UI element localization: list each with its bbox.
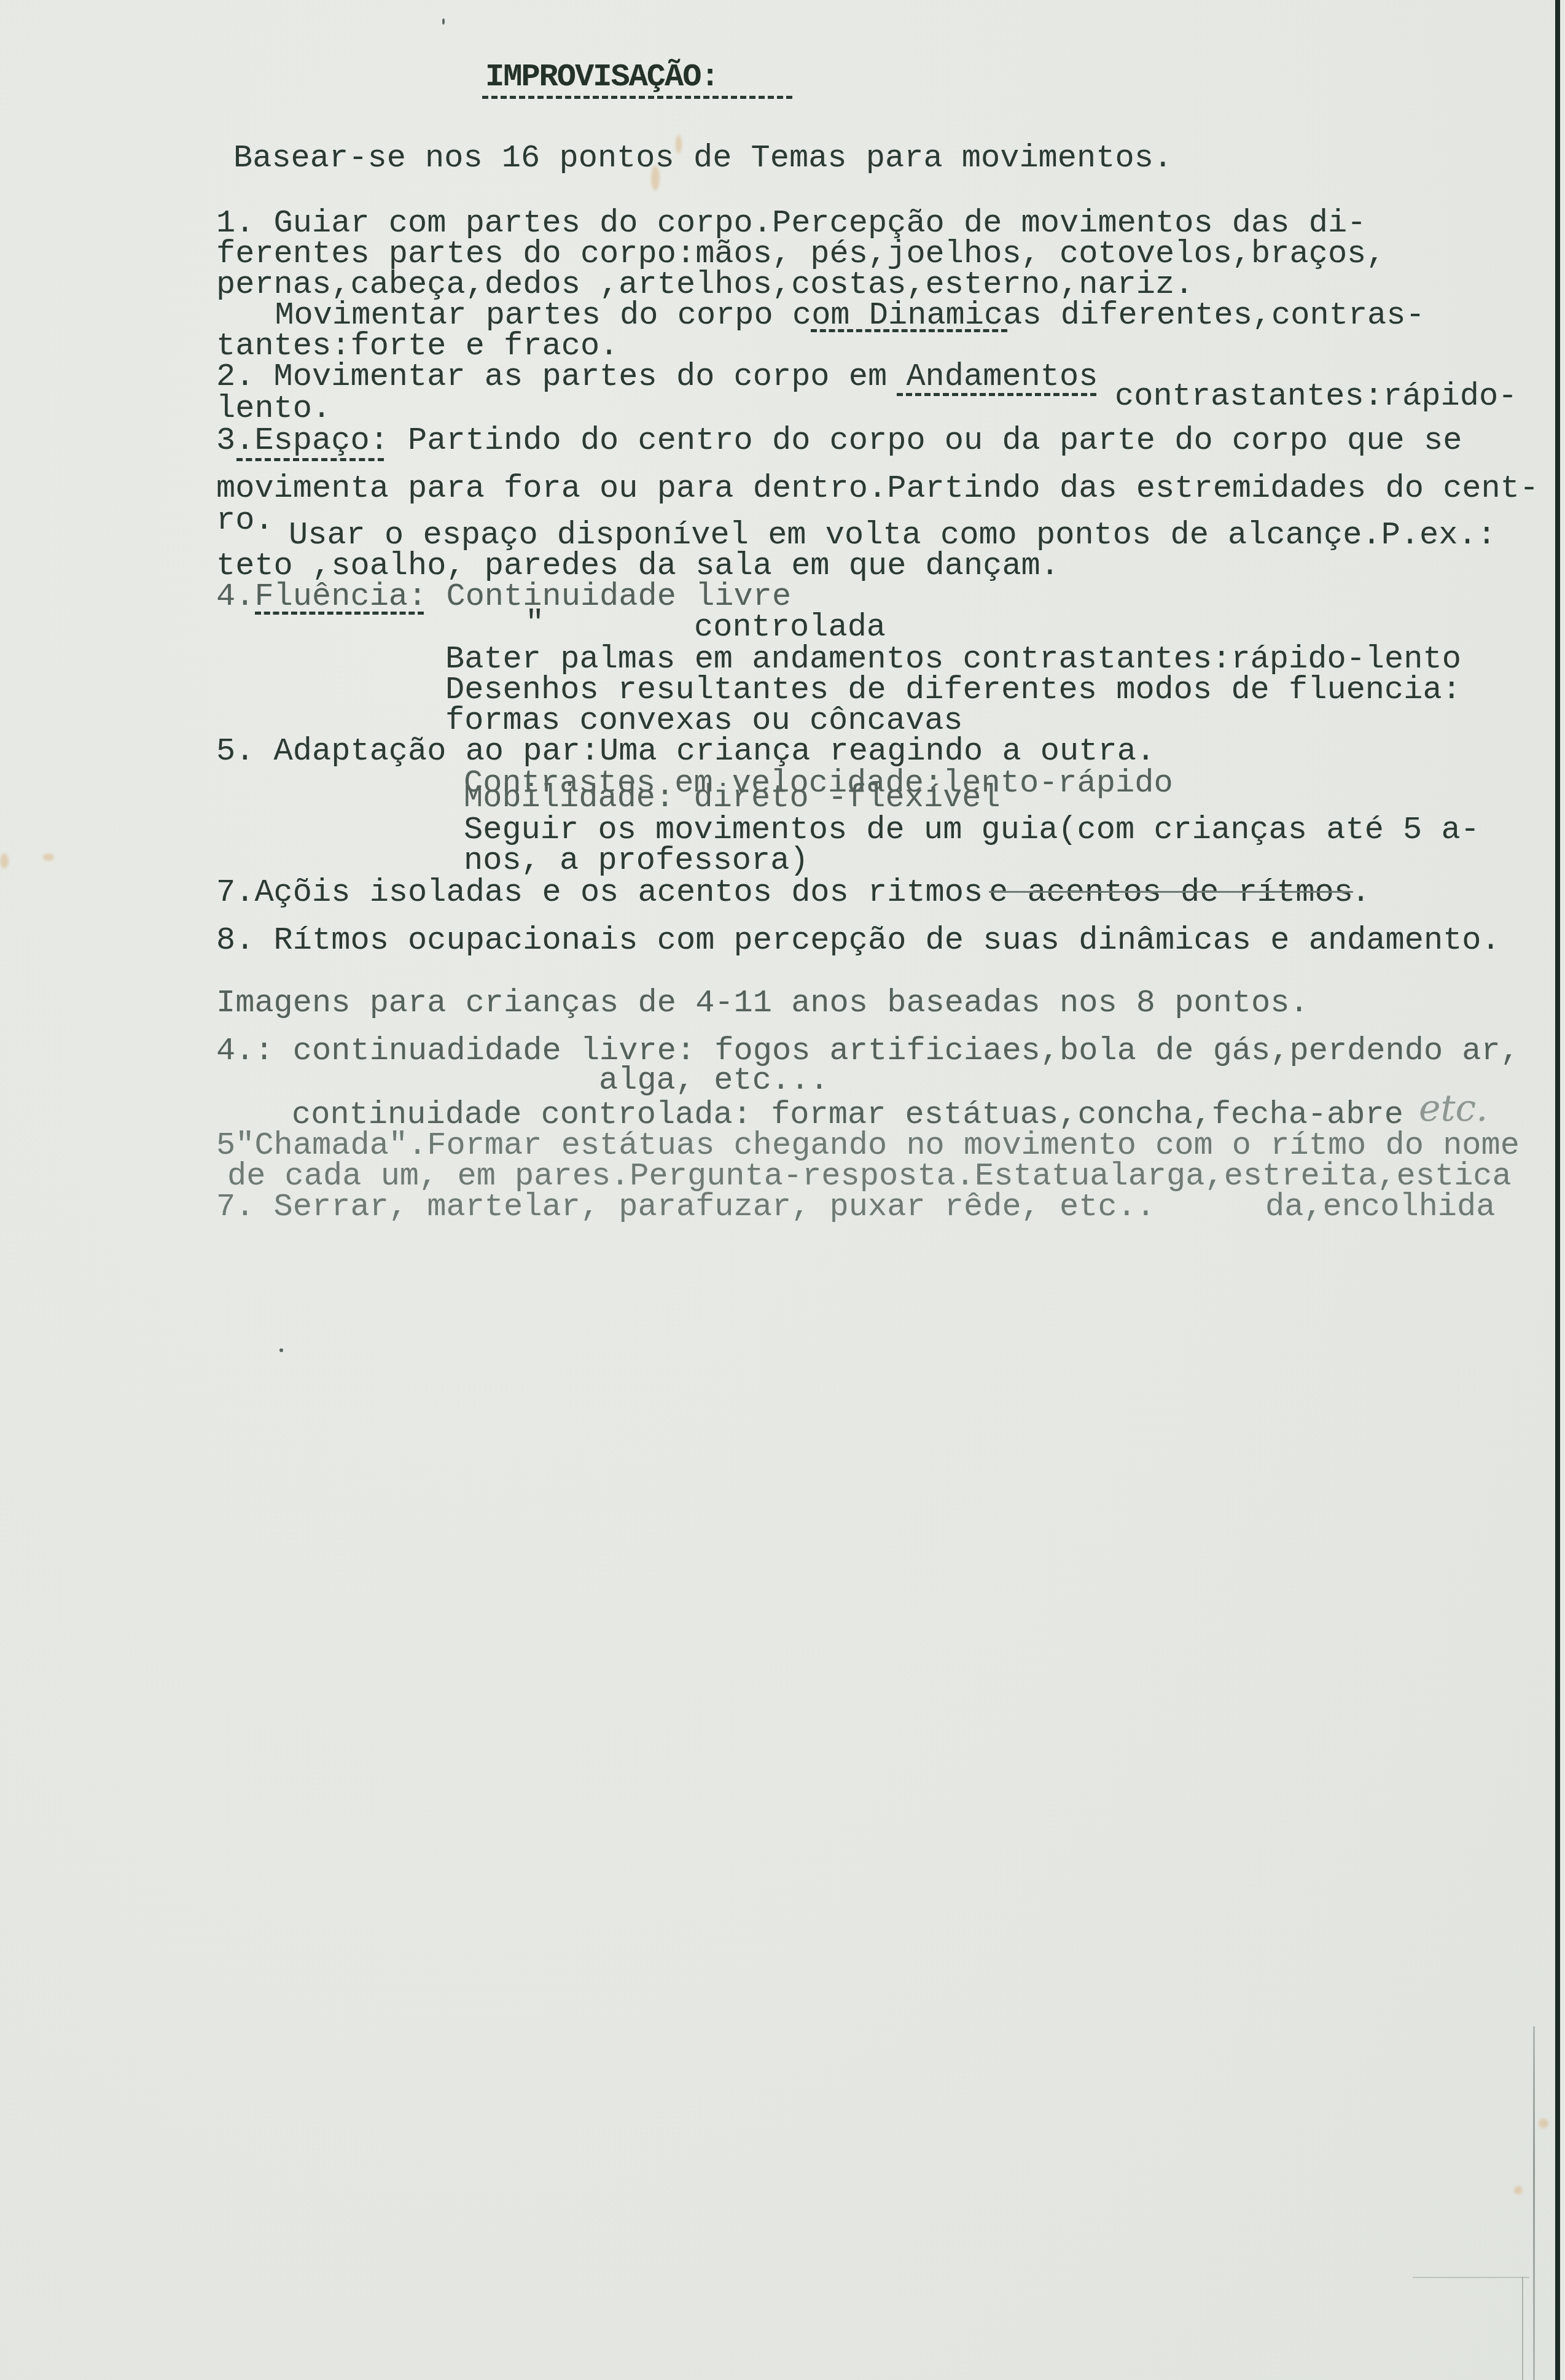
text-line: alga, etc... bbox=[599, 1065, 829, 1097]
text-line: 2. Movimentar as partes do corpo em Anda… bbox=[216, 361, 1098, 393]
images-heading: Imagens para crianças de 4-11 anos basea… bbox=[216, 987, 1309, 1019]
text-line: Movimentar partes do corpo com Dinamicas… bbox=[236, 300, 1425, 332]
document-page: IMPROVISAÇÃO: Basear-se nos 16 pontos de… bbox=[0, 0, 1560, 2380]
text-line: controlada bbox=[694, 612, 886, 644]
paper-stain bbox=[0, 854, 9, 868]
text-line: Bater palmas em andamentos contrastantes… bbox=[445, 644, 1461, 675]
ink-speck bbox=[279, 1348, 283, 1352]
text-line: 7. Serrar, martelar, parafuzar, puxar rê… bbox=[216, 1191, 1155, 1223]
pencil-margin-line bbox=[1522, 2277, 1523, 2380]
text-line: formas convexas ou côncavas bbox=[445, 705, 963, 737]
text-line: 5. Adaptação ao par:Uma criança reagindo… bbox=[216, 736, 1155, 768]
text-line: teto ,soalho, paredes da sala em que dan… bbox=[216, 550, 1060, 582]
text-line: 4.: continuadidade livre: fogos artifici… bbox=[216, 1035, 1520, 1067]
paper-stain bbox=[1539, 2118, 1548, 2128]
text-line: Usar o espaço disponível em volta como p… bbox=[289, 519, 1496, 551]
intro-line: Basear-se nos 16 pontos de Temas para mo… bbox=[233, 142, 1173, 174]
text-line: 7.Açõis isoladas e os acentos dos ritmos bbox=[216, 877, 983, 909]
text-line: nos, a professora) bbox=[464, 845, 809, 877]
text-line: da,encolhida bbox=[1265, 1191, 1495, 1223]
dinamicas-underline bbox=[811, 329, 1007, 332]
fluencia-underline bbox=[255, 612, 424, 615]
text-line: Desenhos resultantes de diferentes modos… bbox=[445, 674, 1461, 706]
text-line: . bbox=[1351, 877, 1370, 909]
text-line: ro. bbox=[216, 505, 274, 537]
pencil-margin-line bbox=[1413, 2277, 1529, 2278]
text-line: lento. bbox=[216, 393, 331, 425]
pencil-margin-line bbox=[1533, 2026, 1535, 2380]
text-line: ferentes partes do corpo:mãos, pés,joelh… bbox=[216, 238, 1386, 270]
handwritten-note: etc. bbox=[1419, 1087, 1488, 1130]
ink-speck bbox=[442, 18, 445, 25]
text-line: 8. Rítmos ocupacionais com percepção de … bbox=[216, 925, 1501, 957]
document-title: IMPROVISAÇÃO: bbox=[485, 61, 719, 93]
text-line: 4.Fluência: Continuidade livre bbox=[216, 581, 791, 613]
text-line: 1. Guiar com partes do corpo.Percepção d… bbox=[216, 208, 1366, 239]
page-edge bbox=[1555, 0, 1560, 2380]
espaco-underline bbox=[236, 458, 384, 461]
text-line: tantes:forte e fraco. bbox=[216, 330, 619, 362]
text-line: movimenta para fora ou para dentro.Parti… bbox=[216, 473, 1539, 505]
andamentos-underline bbox=[897, 393, 1096, 396]
text-line: continuidade controlada: formar estátuas… bbox=[292, 1099, 1403, 1131]
paper-stain bbox=[43, 854, 54, 861]
paper-stain bbox=[1514, 2186, 1523, 2195]
text-line: 3.Espaço: Partindo do centro do corpo ou… bbox=[216, 425, 1462, 457]
text-line: contrastantes:rápido- bbox=[1115, 381, 1517, 413]
text-line: de cada um, em pares.Pergunta-resposta.E… bbox=[227, 1161, 1512, 1192]
text-line: Mobilidade: direto -flexível bbox=[464, 782, 1001, 814]
text-line: 5"Chamada".Formar estátuas chegando no m… bbox=[216, 1130, 1520, 1162]
text-line: Seguir os movimentos de um guia(com cria… bbox=[464, 814, 1480, 846]
text-line: pernas,cabeça,dedos ,artelhos,costas,est… bbox=[216, 269, 1193, 301]
title-underline bbox=[482, 96, 792, 99]
struck-text: e acentos de rítmos bbox=[989, 877, 1353, 909]
ditto-mark: " bbox=[525, 608, 544, 640]
